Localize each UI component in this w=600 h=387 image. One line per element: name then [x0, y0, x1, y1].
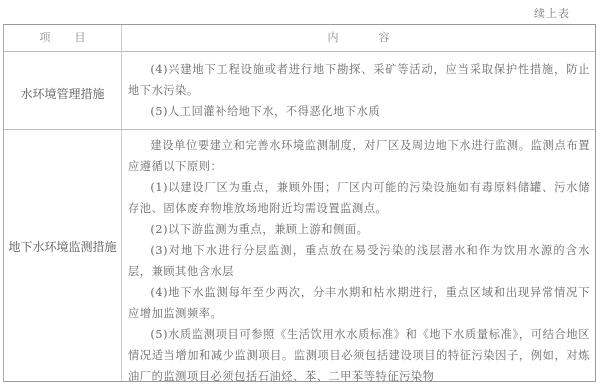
paragraph: (1)以建设厂区为重点，兼顾外围；厂区内可能的污染设施如有毒原料储罐、污水储存池… — [128, 177, 590, 219]
paragraph: (4)兴建地下工程设施或者进行地下勘探、采矿等活动，应当采取保护性措施，防止地下… — [128, 59, 590, 101]
paragraph: (5)人工回灌补给地下水，不得恶化地下水质 — [128, 101, 590, 122]
table-caption: 续上表 — [534, 5, 570, 21]
header-item: 项目 — [4, 25, 121, 51]
row-content-groundwater-monitoring: 建设单位要建立和完善水环境监测制度，对厂区及周边地下水进行监测。监测点布置应遵循… — [128, 135, 590, 387]
row-label-groundwater-monitoring: 地下水环境监测措施 — [4, 238, 121, 255]
measures-table: 项目 内容 水环境管理措施 (4)兴建地下工程设施或者进行地下勘探、采矿等活动，… — [3, 24, 596, 382]
row-label-water-management: 水环境管理措施 — [4, 85, 121, 102]
column-divider — [121, 25, 122, 381]
header-content: 内容 — [122, 25, 595, 51]
paragraph: (2)以下游监测为重点，兼顾上游和侧面。 — [128, 219, 590, 240]
paragraph: (4)地下水监测每年至少两次，分丰水期和枯水期进行，重点区域和出现异常情况下应增… — [128, 282, 590, 324]
header-divider — [4, 51, 595, 52]
paragraph: (5)水质监测项目可参照《生活饮用水水质标准》和《地下水质量标准》，可结合地区情… — [128, 324, 590, 387]
paragraph: 建设单位要建立和完善水环境监测制度，对厂区及周边地下水进行监测。监测点布置应遵循… — [128, 135, 590, 177]
row-content-water-management: (4)兴建地下工程设施或者进行地下勘探、采矿等活动，应当采取保护性措施，防止地下… — [128, 59, 590, 122]
paragraph: (3)对地下水进行分层监测，重点放在易受污染的浅层潜水和作为饮用水源的含水层，兼… — [128, 240, 590, 282]
row-divider — [4, 129, 595, 130]
